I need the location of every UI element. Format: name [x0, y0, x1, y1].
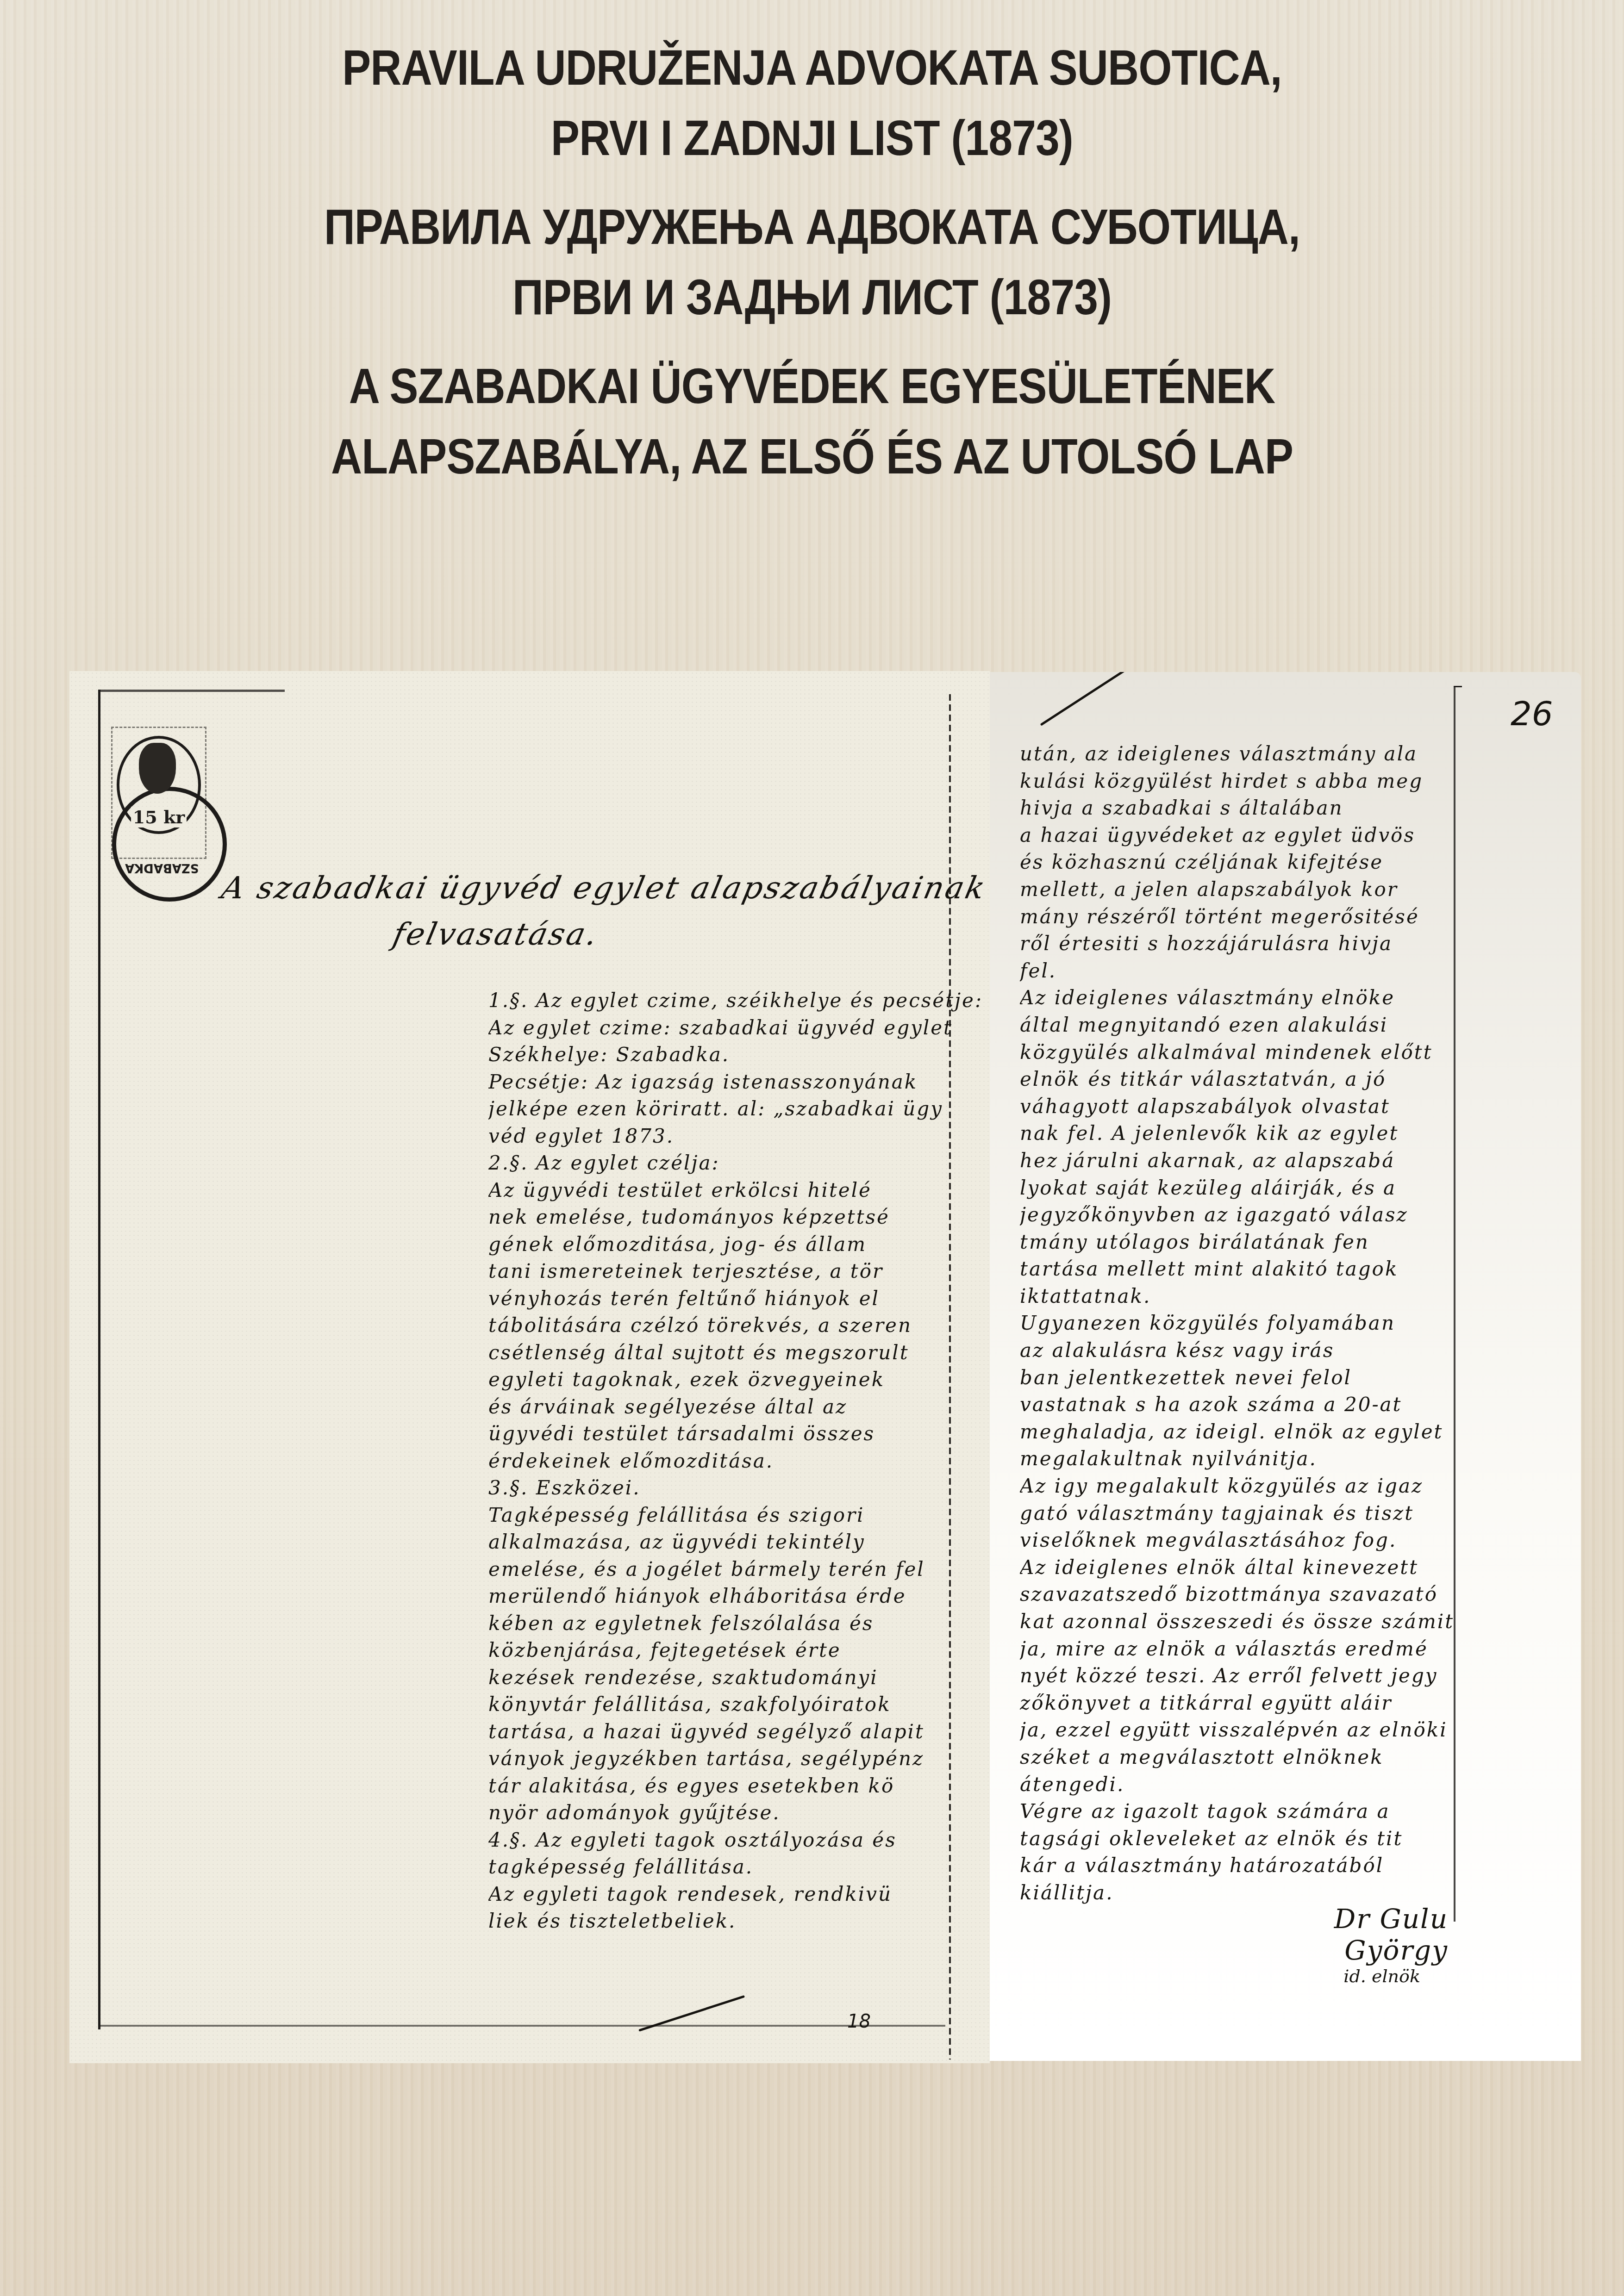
text-line: a hazai ügyvédeket az egylet üdvös [1020, 822, 1520, 849]
title-hungarian-line-2: ALAPSZABÁLYA, AZ ELSŐ ÉS AZ UTOLSÓ LAP [114, 421, 1511, 492]
text-line: elnök és titkár választatván, a jó [1020, 1066, 1520, 1093]
text-line: ja, ezzel együtt visszalépvén az elnöki [1020, 1717, 1520, 1744]
text-line: és árváinak segélyezése által az [488, 1394, 990, 1421]
text-line: gének előmozditása, jog- és állam [488, 1231, 990, 1258]
text-line: tagsági okleveleket az elnök és tit [1020, 1825, 1520, 1853]
text-line: ügyvédi testület társadalmi összes [488, 1420, 990, 1448]
text-line: széket a megválasztott elnöknek [1020, 1744, 1520, 1771]
page-number: 18 [847, 2011, 871, 2032]
signature-role: id. elnök [1244, 1966, 1420, 1986]
manuscript-first-page: 15 kr SZABADKA A szabadkai ügyvéd egylet… [69, 671, 990, 2063]
text-line: közgyülés alkalmával mindenek előtt [1020, 1039, 1520, 1066]
title-hungarian: A SZABADKAI ÜGYVÉDEK EGYESÜLETÉNEK ALAPS… [0, 351, 1624, 492]
left-page-text: 1.§. Az egylet czime, széikhelye és pecs… [488, 987, 990, 1935]
text-line: után, az ideiglenes választmány ala [1020, 740, 1520, 768]
text-line: Végre az igazolt tagok számára a [1020, 1798, 1520, 1825]
text-line: és közhasznú czéljának kifejtése [1020, 849, 1520, 876]
text-line: nak fel. A jelenlevők kik az egylet [1020, 1120, 1520, 1147]
text-line: nyör adományok gyűjtése. [488, 1799, 990, 1827]
text-line: mány részéről történt megerősitésé [1020, 903, 1520, 931]
text-line: tmány utólagos birálatának fen [1020, 1229, 1520, 1256]
text-line: gató választmány tagjainak és tiszt [1020, 1500, 1520, 1527]
top-border-line [100, 690, 285, 692]
text-line: Ugyanezen közgyülés folyamában [1020, 1310, 1520, 1337]
title-latin-line-1: PRAVILA UDRUŽENJA ADVOKATA SUBOTICA, [114, 32, 1511, 103]
text-line: kulási közgyülést hirdet s abba meg [1020, 768, 1520, 795]
text-line: ványok jegyzékben tartása, segélypénz [488, 1745, 990, 1773]
text-line: Tagképesség felállitása és szigori [488, 1502, 990, 1529]
text-line: Az egyleti tagok rendesek, rendkivü [488, 1881, 990, 1908]
text-line: alkalmazása, az ügyvédi tekintély [488, 1529, 990, 1556]
text-line: iktattatnak. [1020, 1283, 1520, 1310]
text-line: Az egylet czime: szabadkai ügyvéd egylet [488, 1014, 990, 1042]
revenue-stamp: 15 kr SZABADKA [106, 703, 245, 898]
folio-number: 26 [1511, 694, 1553, 733]
title-cyrillic: ПРАВИЛА УДРУЖЕЊА АДВОКАТА СУБОТИЦА, ПРВИ… [0, 192, 1624, 332]
text-line: könyvtár felállitása, szakfolyóiratok [488, 1691, 990, 1718]
text-line: egyleti tagoknak, ezek özvegyeinek [488, 1366, 990, 1394]
text-line: viselőknek megválasztásához fog. [1020, 1527, 1520, 1554]
text-line: tartása mellett mint alakitó tagok [1020, 1256, 1520, 1283]
bottom-border-line [98, 2025, 945, 2027]
text-line: Pecsétje: Az igazság istenasszonyának [488, 1069, 990, 1096]
text-line: Az ideiglenes választmány elnöke [1020, 984, 1520, 1012]
text-line: csétlenség által sujtott és megszorult [488, 1339, 990, 1367]
text-line: kiállitja. [1020, 1879, 1520, 1907]
title-cyrillic-line-1: ПРАВИЛА УДРУЖЕЊА АДВОКАТА СУБОТИЦА, [114, 192, 1511, 262]
opening-pen-stroke [1040, 672, 1131, 726]
heading-line-1: A szabadkai ügyvéd egylet alapszabályain… [219, 870, 990, 906]
text-line: 4.§. Az egyleti tagok osztályozása és [488, 1827, 990, 1854]
text-line: meghaladja, az ideigl. elnök az egylet [1020, 1419, 1520, 1446]
text-line: vényhozás terén feltűnő hiányok el [488, 1285, 990, 1313]
text-line: által megnyitandó ezen alakulási [1020, 1012, 1520, 1039]
text-line: az alakulásra kész vagy irás [1020, 1337, 1520, 1364]
text-line: kezések rendezése, szaktudományi [488, 1664, 990, 1692]
title-latin: PRAVILA UDRUŽENJA ADVOKATA SUBOTICA, PRV… [0, 32, 1624, 173]
text-line: Az ügyvédi testület erkölcsi hitelé [488, 1177, 990, 1204]
text-line: kat azonnal összeszedi és össze számit [1020, 1608, 1520, 1636]
text-line: Az ideiglenes elnök által kinevezett [1020, 1554, 1520, 1581]
text-line: liek és tiszteletbeliek. [488, 1908, 990, 1935]
right-page-text: után, az ideiglenes választmány ala kulá… [1020, 740, 1520, 1907]
text-line: megalakultnak nyilvánitja. [1020, 1445, 1520, 1473]
text-line: ja, mire az elnök a választás eredmé [1020, 1636, 1520, 1663]
text-line: hivja a szabadkai s általában [1020, 795, 1520, 822]
text-line: átengedi. [1020, 1771, 1520, 1798]
text-line: véd egylet 1873. [488, 1123, 990, 1150]
text-line: közbenjárása, fejtegetések érte [488, 1637, 990, 1664]
stamp-ring-text: SZABADKA [125, 861, 199, 875]
text-line: nek emelése, tudományos képzettsé [488, 1204, 990, 1231]
text-line: Az igy megalakult közgyülés az igaz [1020, 1473, 1520, 1500]
text-line: tábolitására czélzó törekvés, a szeren [488, 1312, 990, 1339]
text-line: 3.§. Eszközei. [488, 1475, 990, 1502]
text-line: nyét közzé teszi. Az erről felvett jegy [1020, 1662, 1520, 1690]
text-line: szavazatszedő bizottmánya szavazató [1020, 1581, 1520, 1608]
signature-name: Dr Gulu György [1244, 1903, 1448, 1966]
text-line: tartása, a hazai ügyvéd segélyző alapit [488, 1718, 990, 1746]
manuscript-last-page: 26 után, az ideiglenes választmány ala k… [990, 672, 1581, 2061]
heading-line-2: felvasatása. [390, 916, 602, 952]
document-heading: A szabadkai ügyvéd egylet alapszabályain… [219, 870, 990, 906]
text-line: tani ismereteinek terjesztése, a tör [488, 1258, 990, 1285]
text-line: merülendő hiányok elháboritása érde [488, 1583, 990, 1610]
text-line: emelése, és a jogélet bármely terén fel [488, 1556, 990, 1583]
text-line: tagképesség felállitása. [488, 1854, 990, 1881]
text-line: ről értesiti s hozzájárulásra hivja [1020, 930, 1520, 958]
text-line: mellett, a jelen alapszabályok kor [1020, 876, 1520, 903]
title-cyrillic-line-2: ПРВИ И ЗАДЊИ ЛИСТ (1873) [114, 262, 1511, 332]
text-line: érdekeinek előmozditása. [488, 1448, 990, 1475]
text-line: ban jelentkezettek nevei felol [1020, 1364, 1520, 1392]
text-line: kében az egyletnek felszólalása és [488, 1610, 990, 1637]
text-line: váhagyott alapszabályok olvastat [1020, 1093, 1520, 1120]
text-line: hez járulni akarnak, az alapszabá [1020, 1147, 1520, 1175]
text-line: 1.§. Az egylet czime, széikhelye és pecs… [488, 987, 990, 1014]
text-line: jegyzőkönyvben az igazgató válasz [1020, 1201, 1520, 1229]
page-titles: PRAVILA UDRUŽENJA ADVOKATA SUBOTICA, PRV… [0, 32, 1624, 492]
text-line: kár a választmány határozatából [1020, 1852, 1520, 1879]
text-line: vastatnak s ha azok száma a 20-at [1020, 1391, 1520, 1419]
margin-top-tick [1454, 686, 1462, 687]
title-latin-line-2: PRVI I ZADNJI LIST (1873) [114, 103, 1511, 173]
text-line: Székhelye: Szabadka. [488, 1041, 990, 1069]
title-hungarian-line-1: A SZABADKAI ÜGYVÉDEK EGYESÜLETÉNEK [114, 351, 1511, 421]
stamp-value: 15 kr [131, 807, 187, 828]
text-line: 2.§. Az egylet czélja: [488, 1150, 990, 1177]
text-line: zőkönyvet a titkárral együtt aláir [1020, 1690, 1520, 1717]
text-line: jelképe ezen köriratt. al: „szabadkai üg… [488, 1095, 990, 1123]
document-heading-line-2: felvasatása. [390, 916, 602, 952]
text-line: lyokat saját kezüleg aláirják, és a [1020, 1175, 1520, 1202]
text-line: fel. [1020, 958, 1520, 985]
signature: Dr Gulu György id. elnök [1244, 1903, 1448, 1986]
text-line: tár alakitása, és egyes esetekben kö [488, 1773, 990, 1800]
left-margin-line [98, 690, 100, 2029]
crest-icon [139, 743, 176, 794]
